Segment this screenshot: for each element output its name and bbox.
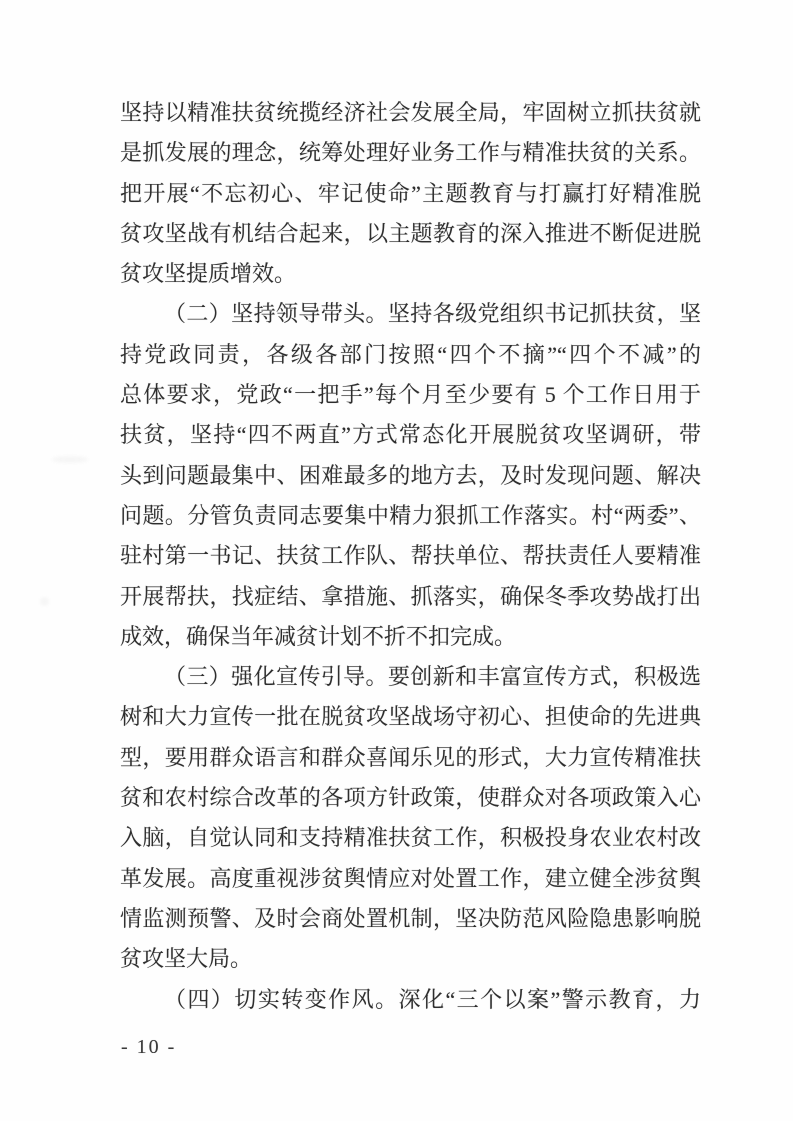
text-line: 持党政同责，各级各部门按照“四个不摘”“四个不减”的 [120, 335, 701, 375]
text-line: （四）切实转变作风。深化“三个以案”警示教育，力 [120, 980, 701, 1020]
document-text-block: 坚持以精准扶贫统揽经济社会发展全局，牢固树立抓扶贫就是抓发展的理念，统筹处理好业… [120, 93, 701, 1020]
document-page: 坚持以精准扶贫统揽经济社会发展全局，牢固树立抓扶贫就是抓发展的理念，统筹处理好业… [0, 0, 793, 1121]
text-line: 贫攻坚大局。 [120, 939, 701, 979]
scan-smudge [40, 597, 49, 606]
text-line: 贫和农村综合改革的各项方针政策，使群众对各项政策入心 [120, 778, 701, 818]
page-number: - 10 - [121, 1036, 176, 1059]
text-line: 开展帮扶，找症结、拿措施、抓落实，确保冬季攻势战打出 [120, 577, 701, 617]
text-line: 型，要用群众语言和群众喜闻乐见的形式，大力宣传精准扶 [120, 738, 701, 778]
text-line: 总体要求，党政“一把手”每个月至少要有 5 个工作日用于 [120, 375, 701, 415]
text-line: （二）坚持领导带头。坚持各级党组织书记抓扶贫，坚 [120, 294, 701, 334]
text-line: 树和大力宣传一批在脱贫攻坚战场守初心、担使命的先进典 [120, 697, 701, 737]
text-line: 入脑，自觉认同和支持精准扶贫工作，积极投身农业农村改 [120, 818, 701, 858]
text-line: 头到问题最集中、困难最多的地方去，及时发现问题、解决 [120, 456, 701, 496]
text-line: 扶贫，坚持“四不两直”方式常态化开展脱贫攻坚调研，带 [120, 415, 701, 455]
text-line: 问题。分管负责同志要集中精力狠抓工作落实。村“两委”、 [120, 496, 701, 536]
text-line: 成效，确保当年减贫计划不折不扣完成。 [120, 617, 701, 657]
text-line: 是抓发展的理念，统筹处理好业务工作与精准扶贫的关系。 [120, 133, 701, 173]
text-line: （三）强化宣传引导。要创新和丰富宣传方式，积极选 [120, 657, 701, 697]
text-line: 驻村第一书记、扶贫工作队、帮扶单位、帮扶责任人要精准 [120, 536, 701, 576]
scan-smudge [52, 456, 88, 463]
text-line: 贫攻坚战有机结合起来，以主题教育的深入推进不断促进脱 [120, 214, 701, 254]
text-line: 革发展。高度重视涉贫舆情应对处置工作，建立健全涉贫舆 [120, 859, 701, 899]
text-line: 贫攻坚提质增效。 [120, 254, 701, 294]
text-line: 把开展“不忘初心、牢记使命”主题教育与打赢打好精准脱 [120, 174, 701, 214]
text-line: 坚持以精准扶贫统揽经济社会发展全局，牢固树立抓扶贫就 [120, 93, 701, 133]
text-line: 情监测预警、及时会商处置机制，坚决防范风险隐患影响脱 [120, 899, 701, 939]
